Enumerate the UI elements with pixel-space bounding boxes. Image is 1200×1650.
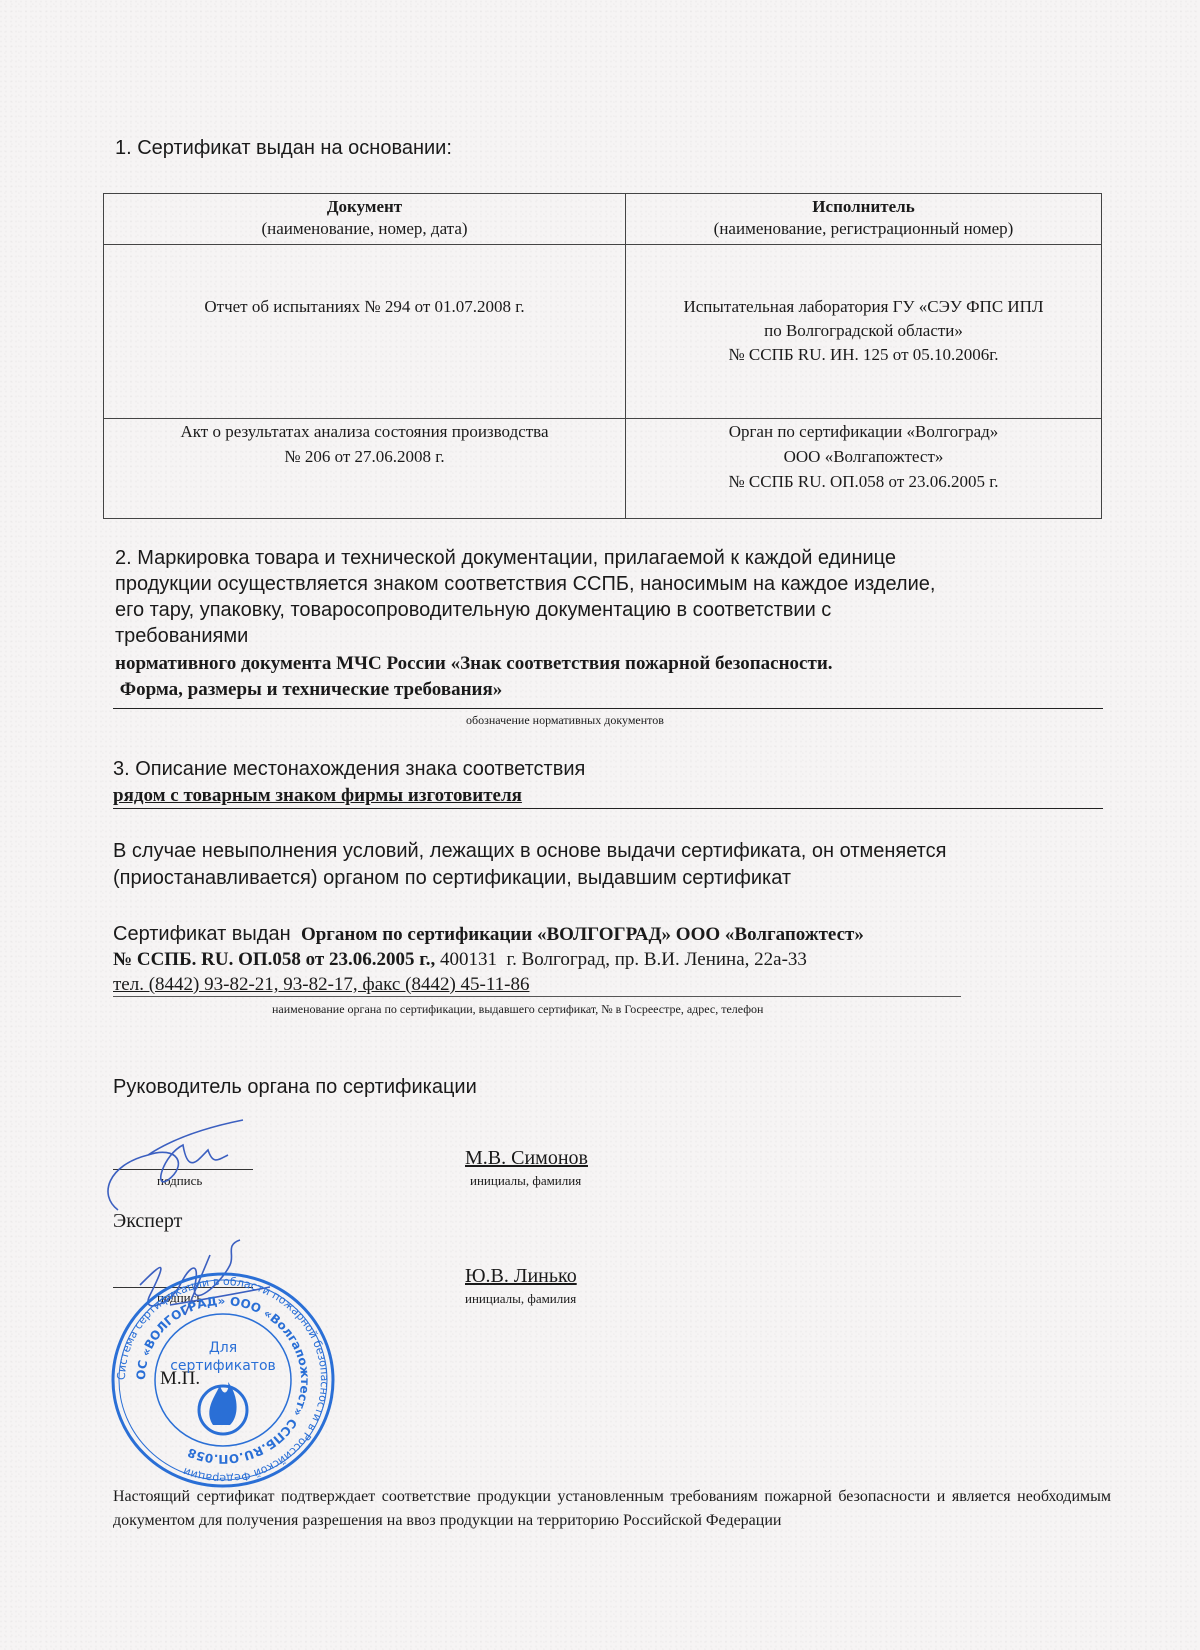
svg-text:сертификатов: сертификатов bbox=[170, 1358, 276, 1374]
normative-doc-line2: Форма, размеры и технические требования» bbox=[115, 677, 1075, 703]
normative-doc-line1: нормативного документа МЧС России «Знак … bbox=[115, 651, 1075, 677]
text-line: 2. Маркировка товара и технической докум… bbox=[115, 545, 1075, 571]
cell-document: Отчет об испытаниях № 294 от 01.07.2008 … bbox=[104, 245, 626, 419]
section1-heading: 1. Сертификат выдан на основании: bbox=[115, 137, 452, 160]
head-title: Руководитель органа по сертификации bbox=[113, 1076, 477, 1099]
cell-text: № ССПБ RU. ИН. 125 от 05.10.2006г. bbox=[728, 345, 998, 364]
header-subtitle: (наименование, номер, дата) bbox=[261, 219, 467, 238]
issuer-block: Сертификат выдан Органом по сертификации… bbox=[113, 922, 1113, 997]
cell-text: № ССПБ RU. ОП.058 от 23.06.2005 г. bbox=[728, 472, 998, 491]
expert-name-caption: инициалы, фамилия bbox=[465, 1291, 576, 1307]
cell-document: Акт о результатах анализа состояния прои… bbox=[104, 419, 626, 519]
text-line: В случае невыполнения условий, лежащих в… bbox=[113, 838, 1113, 865]
svg-text:ОС «ВОЛГОГРАД» ООО «Волгапожте: ОС «ВОЛГОГРАД» ООО «Волгапожтест» ССПБ.R… bbox=[134, 1294, 312, 1466]
text-line: требованиями bbox=[115, 623, 1075, 649]
issuer-name: Органом по сертификации «ВОЛГОГРАД» ООО … bbox=[296, 924, 864, 945]
text-line: его тару, упаковку, товаросопроводительн… bbox=[115, 597, 1075, 623]
issuer-reg-number: № ССПБ. RU. ОП.058 от 23.06.2005 г., bbox=[113, 949, 435, 970]
cell-text: Испытательная лаборатория ГУ «СЭУ ФПС ИП… bbox=[683, 297, 1043, 316]
table-row: Акт о результатах анализа состояния прои… bbox=[104, 419, 1102, 519]
cell-text: ООО «Волгапожтест» bbox=[784, 447, 944, 466]
table-header-executor: Исполнитель (наименование, регистрационн… bbox=[626, 194, 1102, 245]
mark-location-underline bbox=[113, 808, 1103, 809]
revocation-text: В случае невыполнения условий, лежащих в… bbox=[113, 838, 1113, 892]
issuer-caption: наименование органа по сертификации, выд… bbox=[272, 1002, 763, 1017]
svg-text:Для: Для bbox=[209, 1340, 237, 1356]
cell-text: по Волгоградской области» bbox=[764, 321, 963, 340]
official-stamp: Система сертификации в области пожарной … bbox=[108, 1270, 338, 1490]
issuer-phone: тел. (8442) 93-82-21, 93-82-17, факс (84… bbox=[113, 972, 1113, 997]
cell-text: Акт о результатах анализа состояния прои… bbox=[180, 422, 548, 441]
cell-text: № 206 от 27.06.2008 г. bbox=[284, 447, 444, 466]
head-signature-icon bbox=[88, 1115, 268, 1225]
issuer-underline bbox=[113, 996, 961, 997]
section3-heading: 3. Описание местонахождения знака соотве… bbox=[113, 758, 585, 781]
text-line: продукции осуществляется знаком соответс… bbox=[115, 571, 1075, 597]
cell-text: Отчет об испытаниях № 294 от 01.07.2008 … bbox=[204, 297, 524, 316]
expert-name: Ю.В. Линько bbox=[465, 1265, 577, 1288]
head-name-caption: инициалы, фамилия bbox=[470, 1173, 581, 1189]
cell-text: Орган по сертификации «Волгоград» bbox=[729, 422, 999, 441]
section2-text: 2. Маркировка товара и технической докум… bbox=[115, 545, 1075, 703]
normative-doc-caption: обозначение нормативных документов bbox=[466, 713, 664, 728]
header-subtitle: (наименование, регистрационный номер) bbox=[714, 219, 1014, 238]
table-header-document: Документ (наименование, номер, дата) bbox=[104, 194, 626, 245]
certificate-statement: Настоящий сертификат подтверждает соотве… bbox=[113, 1485, 1111, 1533]
cell-executor: Орган по сертификации «Волгоград» ООО «В… bbox=[626, 419, 1102, 519]
basis-table: Документ (наименование, номер, дата) Исп… bbox=[103, 193, 1102, 519]
mark-location-value: рядом с товарным знаком фирмы изготовите… bbox=[113, 785, 522, 807]
cell-executor: Испытательная лаборатория ГУ «СЭУ ФПС ИП… bbox=[626, 245, 1102, 419]
header-title: Документ bbox=[327, 197, 402, 216]
issuer-prefix: Сертификат выдан bbox=[113, 923, 296, 945]
text-line: (приостанавливается) органом по сертифик… bbox=[113, 865, 1113, 892]
head-name: М.В. Симонов bbox=[465, 1147, 588, 1170]
normative-doc-underline bbox=[113, 708, 1103, 709]
issuer-address: 400131 г. Волгоград, пр. В.И. Ленина, 22… bbox=[435, 949, 807, 970]
table-row: Отчет об испытаниях № 294 от 01.07.2008 … bbox=[104, 245, 1102, 419]
header-title: Исполнитель bbox=[812, 197, 914, 216]
